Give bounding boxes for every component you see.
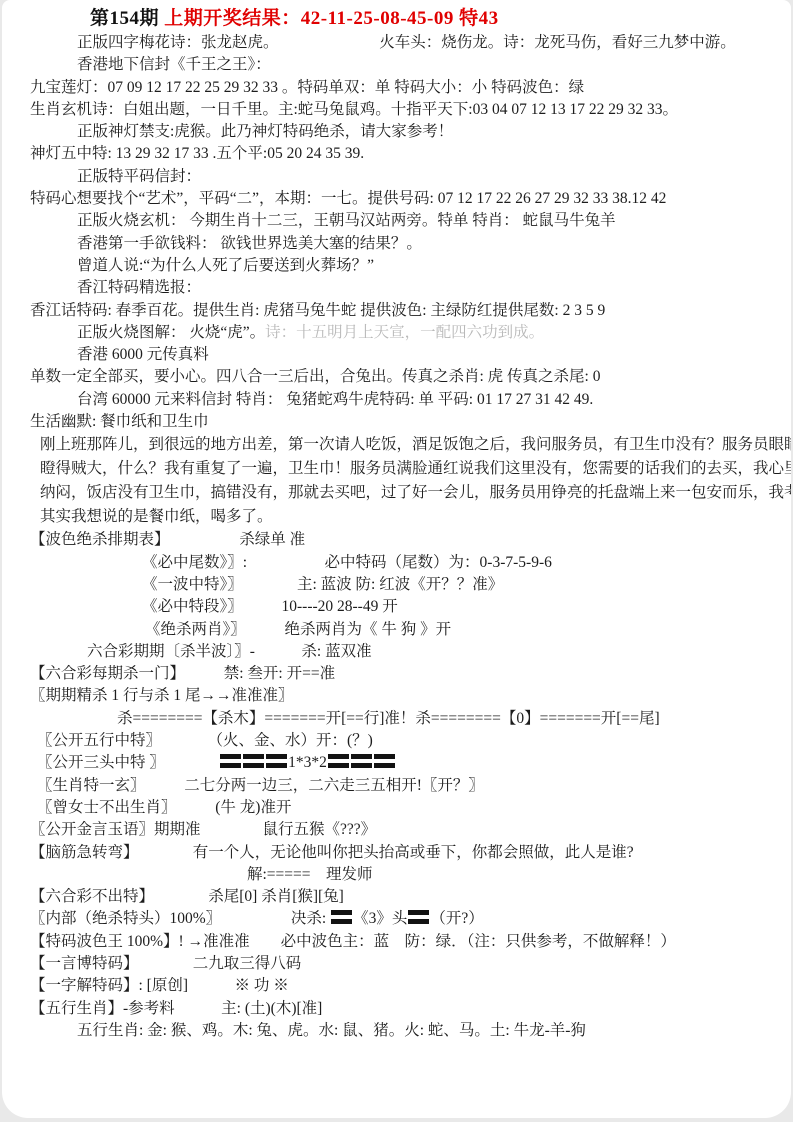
wuxing-shengxiao-title-line: 【五行生肖】-参考料 主: (土)(木)[准] xyxy=(30,998,791,1020)
text-segment: 正版神灯禁支:虎猴。此乃神灯特码绝杀，请大家参考！ xyxy=(77,123,453,140)
text-segment: 九宝莲灯：07 09 12 17 22 25 29 32 33 。特码单双：单 … xyxy=(30,79,584,96)
double-bar-block-icon xyxy=(243,754,264,768)
double-bar-block-icon xyxy=(266,754,287,768)
jingsha-line: 〖期期精杀 1 行与杀 1 尾→→准准准〗 xyxy=(30,685,791,707)
juesha-liangxiao-line: 《绝杀两肖》〗 绝杀两肖为《 牛 狗 》开 xyxy=(145,619,791,641)
lamp-five-line: 神灯五中特: 13 29 32 17 33 .五个平:05 20 24 35 3… xyxy=(30,143,791,165)
text-segment: 曾道人说:“为什么人死了后要送到火葬场？” xyxy=(77,257,374,274)
text-segment: 1*3*2 xyxy=(288,754,327,771)
text-segment: 香江特码精选报： xyxy=(77,279,201,296)
art-numbers-line: 特码心想要找个“艺术”，平码“二”，本期：一七。提供号码: 07 12 17 2… xyxy=(30,188,791,210)
humor-title-line: 生活幽默: 餐巾纸和卫生巾 xyxy=(30,411,791,433)
text-segment: 〖期期精杀 1 行与杀 1 尾→→准准准〗 xyxy=(30,687,294,704)
double-bar-block-icon xyxy=(351,754,372,768)
text-segment: 〖内部（绝杀特头）100%〗 决杀: xyxy=(30,910,330,927)
text-segment: 瞪得贼大，什么？我有重复了一遍，卫生巾！服务员满脸通红说我们这里没有，您需要的话… xyxy=(40,460,791,477)
joke-line-4: 其实我想说的是餐巾纸，喝多了。 xyxy=(40,505,791,529)
joke-line-2: 瞪得贼大，什么？我有重复了一遍，卫生巾！服务员满脸通红说我们这里没有，您需要的话… xyxy=(40,457,791,481)
text-segment: 刚上班那阵儿，到很远的地方出差，第一次请人吃饭，酒足饭饱之后，我问服务员，有卫生… xyxy=(40,436,791,453)
text-segment: 〖生肖特一玄〗 二七分两一边三，二六走三五相开!〖开？〗 xyxy=(37,777,484,794)
bosewang-line: 【特码波色王 100%】! →准准准 必中波色主：蓝 防：绿．（注：只供参考，不… xyxy=(30,931,791,953)
text-segment: 特码心想要找个“艺术”，平码“二”，本期：一七。提供号码: 07 12 17 2… xyxy=(30,190,666,207)
buchute-line: 【六合彩不出特】 杀尾[0] 杀肖[猴][兔] xyxy=(30,886,791,908)
wuxing-shengxiao-line: 五行生肖: 金: 猴、鸡。木: 兔、虎。水: 鼠、猪。火: 蛇、马。土: 牛龙-… xyxy=(77,1020,791,1042)
header-line: 第154期 上期开奖结果：42-11-25-08-45-09 特43 xyxy=(90,5,791,32)
money-tip-line: 香港第一手欲钱料： 欲钱世界选美大塞的结果？。 xyxy=(77,233,791,255)
joke-line-1: 刚上班那阵儿，到很远的地方出差，第一次请人吃饭，酒足饭饱之后，我问服务员，有卫生… xyxy=(40,433,791,457)
text-segment: 《必中尾数》〗: 必中特码（尾数）为：0-3-7-5-9-6 xyxy=(142,554,552,571)
text-segment: 正版火烧玄机： 今期生肖十二三，王朝马汉站两旁。特单 特肖： 蛇鼠马牛兔羊 xyxy=(77,212,616,229)
xiangjiang-tema-line: 香江话特码: 春季百花。提供生肖: 虎猪马兔牛蛇 提供波色: 主绿防红提供尾数:… xyxy=(30,300,791,322)
document-page: 第154期 上期开奖结果：42-11-25-08-45-09 特43正版四字梅花… xyxy=(2,0,791,1118)
odd-buy-line: 单数一定全部买，要小心。四八合一三后出，合兔出。传真之杀肖: 虎 传真之杀尾: … xyxy=(30,366,791,388)
hk-envelope-line: 香港地下信封《千王之王》： xyxy=(77,54,791,76)
zengdaoren-line: 曾道人说:“为什么人死了后要送到火葬场？” xyxy=(77,255,791,277)
text-segment: 【五行生肖】-参考料 主: (土)(木)[准] xyxy=(30,1000,322,1017)
bose-table-title-line: 【波色绝杀排期表】 杀绿单 准 xyxy=(30,529,791,551)
text-segment: 第154期 xyxy=(90,8,164,29)
wuxing-zhongte-line: 〖公开五行中特〗 （火、金、水）开：(？) xyxy=(37,730,791,752)
text-segment: 正版四字梅花诗：张龙赵虎。 火车头：烧伤龙。诗：龙死马伤，看好三九梦中游。 xyxy=(77,34,736,51)
double-bar-block-icon xyxy=(328,754,349,768)
text-segment: 五行生肖: 金: 猴、鸡。木: 兔、虎。水: 鼠、猪。火: 蛇、马。土: 牛龙-… xyxy=(77,1022,586,1039)
yizijie-line: 【一字解特码】: [原创] ※ 功 ※ xyxy=(30,975,791,997)
jinyan-yuyu-line: 〖公开金言玉语〗期期准 鼠行五猴《???》 xyxy=(30,819,791,841)
riddle-line: 【脑筋急转弯】 有一个人，无论他叫你把头抬高或垂下，你都会照做，此人是谁? xyxy=(30,842,791,864)
text-segment: 香港 6000 元传真料 xyxy=(77,346,209,363)
jiubao-lamp-line: 九宝莲灯：07 09 12 17 22 25 29 32 33 。特码单双：单 … xyxy=(30,77,791,99)
double-bar-block-icon xyxy=(408,910,429,924)
fire-mystery-line: 正版火烧玄机： 今期生肖十二三，王朝马汉站两旁。特单 特肖： 蛇鼠马牛兔羊 xyxy=(77,210,791,232)
text-segment: 《绝杀两肖》〗 绝杀两肖为《 牛 狗 》开 xyxy=(145,621,451,638)
text-segment: （开?） xyxy=(430,910,483,927)
envelope-title-line: 正版特平码信封： xyxy=(77,166,791,188)
neibu-juesha-line: 〖内部（绝杀特头）100%〗 决杀: 《3》头（开?） xyxy=(30,908,791,930)
text-segment: 纳闷，饭店没有卫生巾，搞错没有，那就去买吧，过了好一会儿，服务员用铮亮的托盘端上… xyxy=(40,484,791,501)
text-segment: 六合彩期期〔杀半波〕〗- 杀: 蓝双准 xyxy=(87,643,372,660)
text-segment: 正版特平码信封： xyxy=(77,168,201,185)
text-segment: 〖曾女士不出生肖〗 (牛 龙)准开 xyxy=(37,799,291,816)
text-segment: 香港地下信封《千王之王》： xyxy=(77,56,271,73)
text-segment: 生活幽默: 餐巾纸和卫生巾 xyxy=(30,413,209,430)
text-segment: 【一言博特码】 二九取三得八码 xyxy=(30,955,301,972)
santou-zhongte-line: 〖公开三头中特 〗 1*3*2 xyxy=(37,752,791,774)
text-segment: 【六合彩每期杀一门】 禁: 叁开: 开==准 xyxy=(30,665,335,682)
yiyanbo-line: 【一言博特码】 二九取三得八码 xyxy=(30,953,791,975)
text-segment: 诗：十五明月上天宣，一配四六功到成。 xyxy=(265,324,544,341)
text-segment: 【一字解特码】: [原创] ※ 功 ※ xyxy=(30,977,289,994)
text-segment: 解:===== 理发师 xyxy=(247,866,373,883)
text-segment: 其实我想说的是餐巾纸，喝多了。 xyxy=(40,508,273,525)
text-segment: 【六合彩不出特】 杀尾[0] 杀肖[猴][兔] xyxy=(30,888,344,905)
text-segment: 正版火烧图解： 火烧“虎”。 xyxy=(77,324,265,341)
lottery-tip-sheet: 第154期 上期开奖结果：42-11-25-08-45-09 特43正版四字梅花… xyxy=(2,0,791,1042)
xiangjiang-report-line: 香江特码精选报： xyxy=(77,277,791,299)
text-segment: 神灯五中特: 13 29 32 17 33 .五个平:05 20 24 35 3… xyxy=(30,145,364,162)
shengxiao-yixuan-line: 〖生肖特一玄〗 二七分两一边三，二六走三五相开!〖开？〗 xyxy=(37,775,791,797)
hk-fax-line: 香港 6000 元传真料 xyxy=(77,344,791,366)
joke-line-3: 纳闷，饭店没有卫生巾，搞错没有，那就去买吧，过了好一会儿，服务员用铮亮的托盘端上… xyxy=(40,481,791,505)
text-segment: 《3》头 xyxy=(353,910,407,927)
sha-banbo-line: 六合彩期期〔杀半波〕〗- 杀: 蓝双准 xyxy=(87,641,791,663)
text-segment: 单数一定全部买，要小心。四八合一三后出，合兔出。传真之杀肖: 虎 传真之杀尾: … xyxy=(30,368,601,385)
shamu-line: 杀========【杀木】=======开[==行]准！杀========【0】… xyxy=(117,708,791,730)
text-segment: 《一波中特》〗 主: 蓝波 防: 红波《开？？准》 xyxy=(142,576,503,593)
zodiac-poem-line: 生肖玄机诗：白姐出题，一日千里。主:蛇马兔鼠鸡。十指平天下:03 04 07 1… xyxy=(30,99,791,121)
text-segment: 台湾 60000 元来料信封 特肖： 兔猪蛇鸡牛虎特码: 单 平码: 01 17… xyxy=(77,391,593,408)
yibo-zhongte-line: 《一波中特》〗 主: 蓝波 防: 红波《开？？准》 xyxy=(142,574,791,596)
text-segment: 【脑筋急转弯】 有一个人，无论他叫你把头抬高或垂下，你都会照做，此人是谁? xyxy=(30,844,634,861)
double-bar-block-icon xyxy=(331,910,352,924)
double-bar-block-icon xyxy=(374,754,395,768)
sha-yimen-line: 【六合彩每期杀一门】 禁: 叁开: 开==准 xyxy=(30,663,791,685)
text-segment: 【特码波色王 100%】! →准准准 必中波色主：蓝 防：绿．（注：只供参考，不… xyxy=(30,933,676,950)
text-segment: 香江话特码: 春季百花。提供生肖: 虎猪马兔牛蛇 提供波色: 主绿防红提供尾数:… xyxy=(30,302,605,319)
zengnvshi-line: 〖曾女士不出生肖〗 (牛 龙)准开 xyxy=(37,797,791,819)
text-segment: 〖公开五行中特〗 （火、金、水）开：(？) xyxy=(37,732,373,749)
riddle-answer-line: 解:===== 理发师 xyxy=(247,864,791,886)
text-segment: 杀========【杀木】=======开[==行]准！杀========【0】… xyxy=(117,710,660,727)
plum-poem-line: 正版四字梅花诗：张龙赵虎。 火车头：烧伤龙。诗：龙死马伤，看好三九梦中游。 xyxy=(77,32,791,54)
text-segment: 〖公开三头中特 〗 xyxy=(37,754,219,771)
double-bar-block-icon xyxy=(220,754,241,768)
text-segment: 香港第一手欲钱料： 欲钱世界选美大塞的结果？。 xyxy=(77,235,422,252)
text-segment: 《必中特段》〗 10----20 28--49 开 xyxy=(142,598,398,615)
bizhong-teduan-line: 《必中特段》〗 10----20 28--49 开 xyxy=(142,596,791,618)
text-segment: 〖公开金言玉语〗期期准 鼠行五猴《???》 xyxy=(30,821,376,838)
taiwan-envelope-line: 台湾 60000 元来料信封 特肖： 兔猪蛇鸡牛虎特码: 单 平码: 01 17… xyxy=(77,389,791,411)
lamp-ban-line: 正版神灯禁支:虎猴。此乃神灯特码绝杀，请大家参考！ xyxy=(77,121,791,143)
text-segment: 【波色绝杀排期表】 杀绿单 准 xyxy=(30,531,305,548)
text-segment: 生肖玄机诗：白姐出题，一日千里。主:蛇马兔鼠鸡。十指平天下:03 04 07 1… xyxy=(30,101,678,118)
fire-diagram-line: 正版火烧图解： 火烧“虎”。诗：十五明月上天宣，一配四六功到成。 xyxy=(77,322,791,344)
text-segment: 上期开奖结果：42-11-25-08-45-09 特43 xyxy=(164,8,498,29)
bizhong-weishu-line: 《必中尾数》〗: 必中特码（尾数）为：0-3-7-5-9-6 xyxy=(142,552,791,574)
